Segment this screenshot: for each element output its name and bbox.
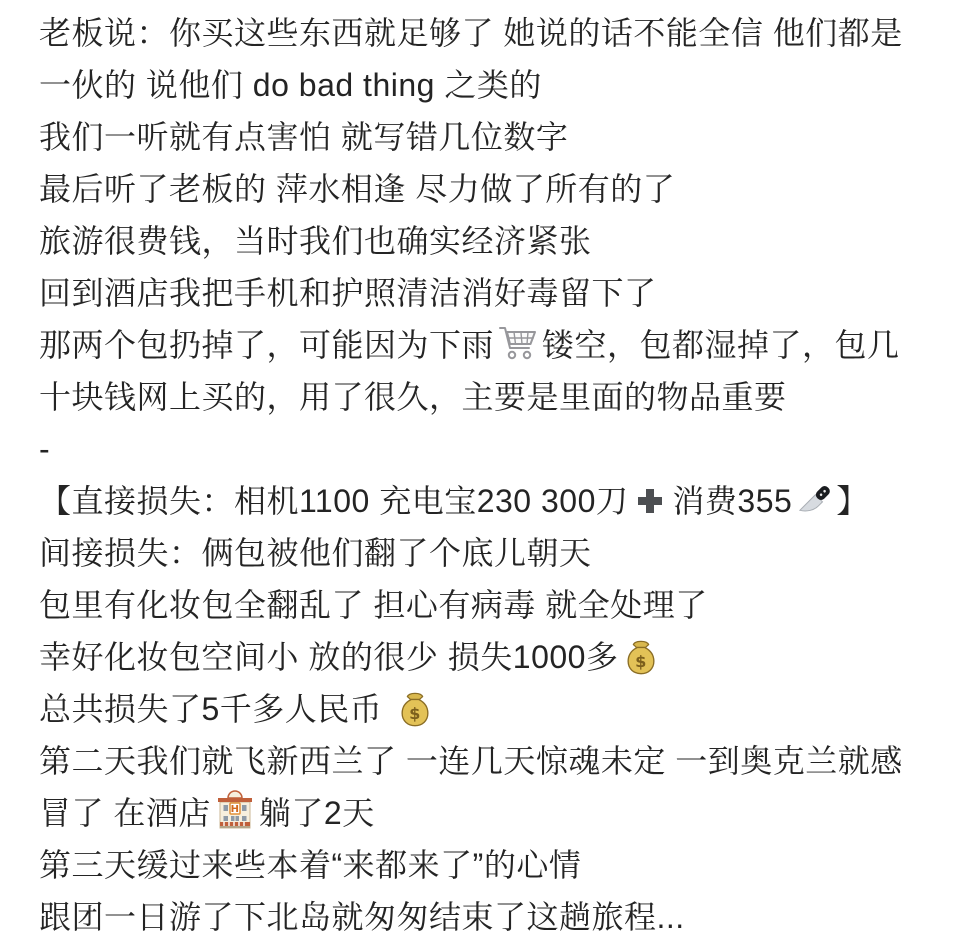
text-segment: 幸好化妆包空间小 放的很少 损失1000多 [39, 639, 618, 675]
text-line: 那两个包扔掉了，可能因为下雨镂空，包都湿掉了，包几 [39, 319, 933, 371]
note-page: 老板说：你买这些东西就足够了 她说的话不能全信 他们都是一伙的 说他们 do b… [0, 0, 959, 938]
text-segment: 老板说：你买这些东西就足够了 她说的话不能全信 他们都是 [39, 15, 903, 51]
text-line: 第三天缓过来些本着“来都来了”的心情 [39, 839, 933, 891]
text-segment: 】 [836, 483, 869, 519]
text-line: 最后听了老板的 萍水相逢 尽力做了所有的了 [39, 163, 933, 215]
text-line: 旅游很费钱，当时我们也确实经济紧张 [39, 215, 933, 267]
text-segment: 间接损失：俩包被他们翻了个底儿朝天 [39, 535, 592, 571]
text-segment: 旅游很费钱，当时我们也确实经济紧张 [39, 223, 592, 259]
text-line: 第二天我们就飞新西兰了 一连几天惊魂未定 一到奥克兰就感 [39, 735, 933, 787]
money-bag-icon: $ [395, 689, 435, 729]
text-line: 老板说：你买这些东西就足够了 她说的话不能全信 他们都是 [39, 7, 933, 59]
text-segment: 包里有化妆包全翻乱了 担心有病毒 就全处理了 [39, 587, 708, 623]
svg-text:$: $ [409, 704, 421, 723]
svg-text:$: $ [636, 652, 648, 671]
text-line: 总共损失了5千多人民币 $ [39, 683, 933, 735]
text-segment: 第三天缓过来些本着“来都来了”的心情 [39, 847, 581, 883]
text-segment: 消费355 [672, 483, 792, 519]
text-segment: 回到酒店我把手机和护照清洁消好毒留下了 [39, 275, 657, 311]
text-segment: 我们一听就有点害怕 就写错几位数字 [39, 119, 568, 155]
text-segment: 【直接损失：相机1100 充电宝230 300刀 [39, 483, 628, 519]
text-segment: 最后听了老板的 萍水相逢 尽力做了所有的了 [39, 171, 675, 207]
text-line: 十块钱网上买的，用了很久，主要是里面的物品重要 [39, 371, 933, 423]
text-line: 包里有化妆包全翻乱了 担心有病毒 就全处理了 [39, 579, 933, 631]
text-segment: 总共损失了5千多人民币 [39, 691, 392, 727]
text-segment: 跟团一日游了下北岛就匆匆结束了这趟旅程... [39, 899, 685, 935]
text-line: - [39, 423, 933, 475]
text-line: 【直接损失：相机1100 充电宝230 300刀消费355】 [39, 475, 933, 527]
text-segment: 一伙的 说他们 do bad thing 之类的 [39, 67, 542, 103]
text-segment: 镂空，包都湿掉了，包几 [542, 327, 900, 363]
text-line: 一伙的 说他们 do bad thing 之类的 [39, 59, 933, 111]
money-bag-icon: $ [621, 637, 661, 677]
text-line: 幸好化妆包空间小 放的很少 损失1000多$ [39, 631, 933, 683]
hotel-icon: H [213, 790, 257, 834]
text-segment: 第二天我们就飞新西兰了 一连几天惊魂未定 一到奥克兰就感 [39, 743, 903, 779]
knife-icon [793, 478, 835, 520]
text-segment: 十块钱网上买的，用了很久，主要是里面的物品重要 [39, 379, 787, 415]
text-line: 冒了 在酒店H躺了2天 [39, 787, 933, 839]
text-segment: 那两个包扔掉了，可能因为下雨 [39, 327, 494, 363]
plus-icon [635, 486, 665, 516]
shopping-cart-icon [496, 322, 540, 366]
text-line: 我们一听就有点害怕 就写错几位数字 [39, 111, 933, 163]
text-segment: - [39, 431, 50, 467]
post-text-block: 老板说：你买这些东西就足够了 她说的话不能全信 他们都是一伙的 说他们 do b… [39, 7, 933, 938]
text-segment: 冒了 在酒店 [39, 795, 211, 831]
svg-text:H: H [230, 804, 239, 815]
text-line: 间接损失：俩包被他们翻了个底儿朝天 [39, 527, 933, 579]
text-line: 跟团一日游了下北岛就匆匆结束了这趟旅程... [39, 891, 933, 938]
text-line: 回到酒店我把手机和护照清洁消好毒留下了 [39, 267, 933, 319]
text-segment: 躺了2天 [259, 795, 375, 831]
